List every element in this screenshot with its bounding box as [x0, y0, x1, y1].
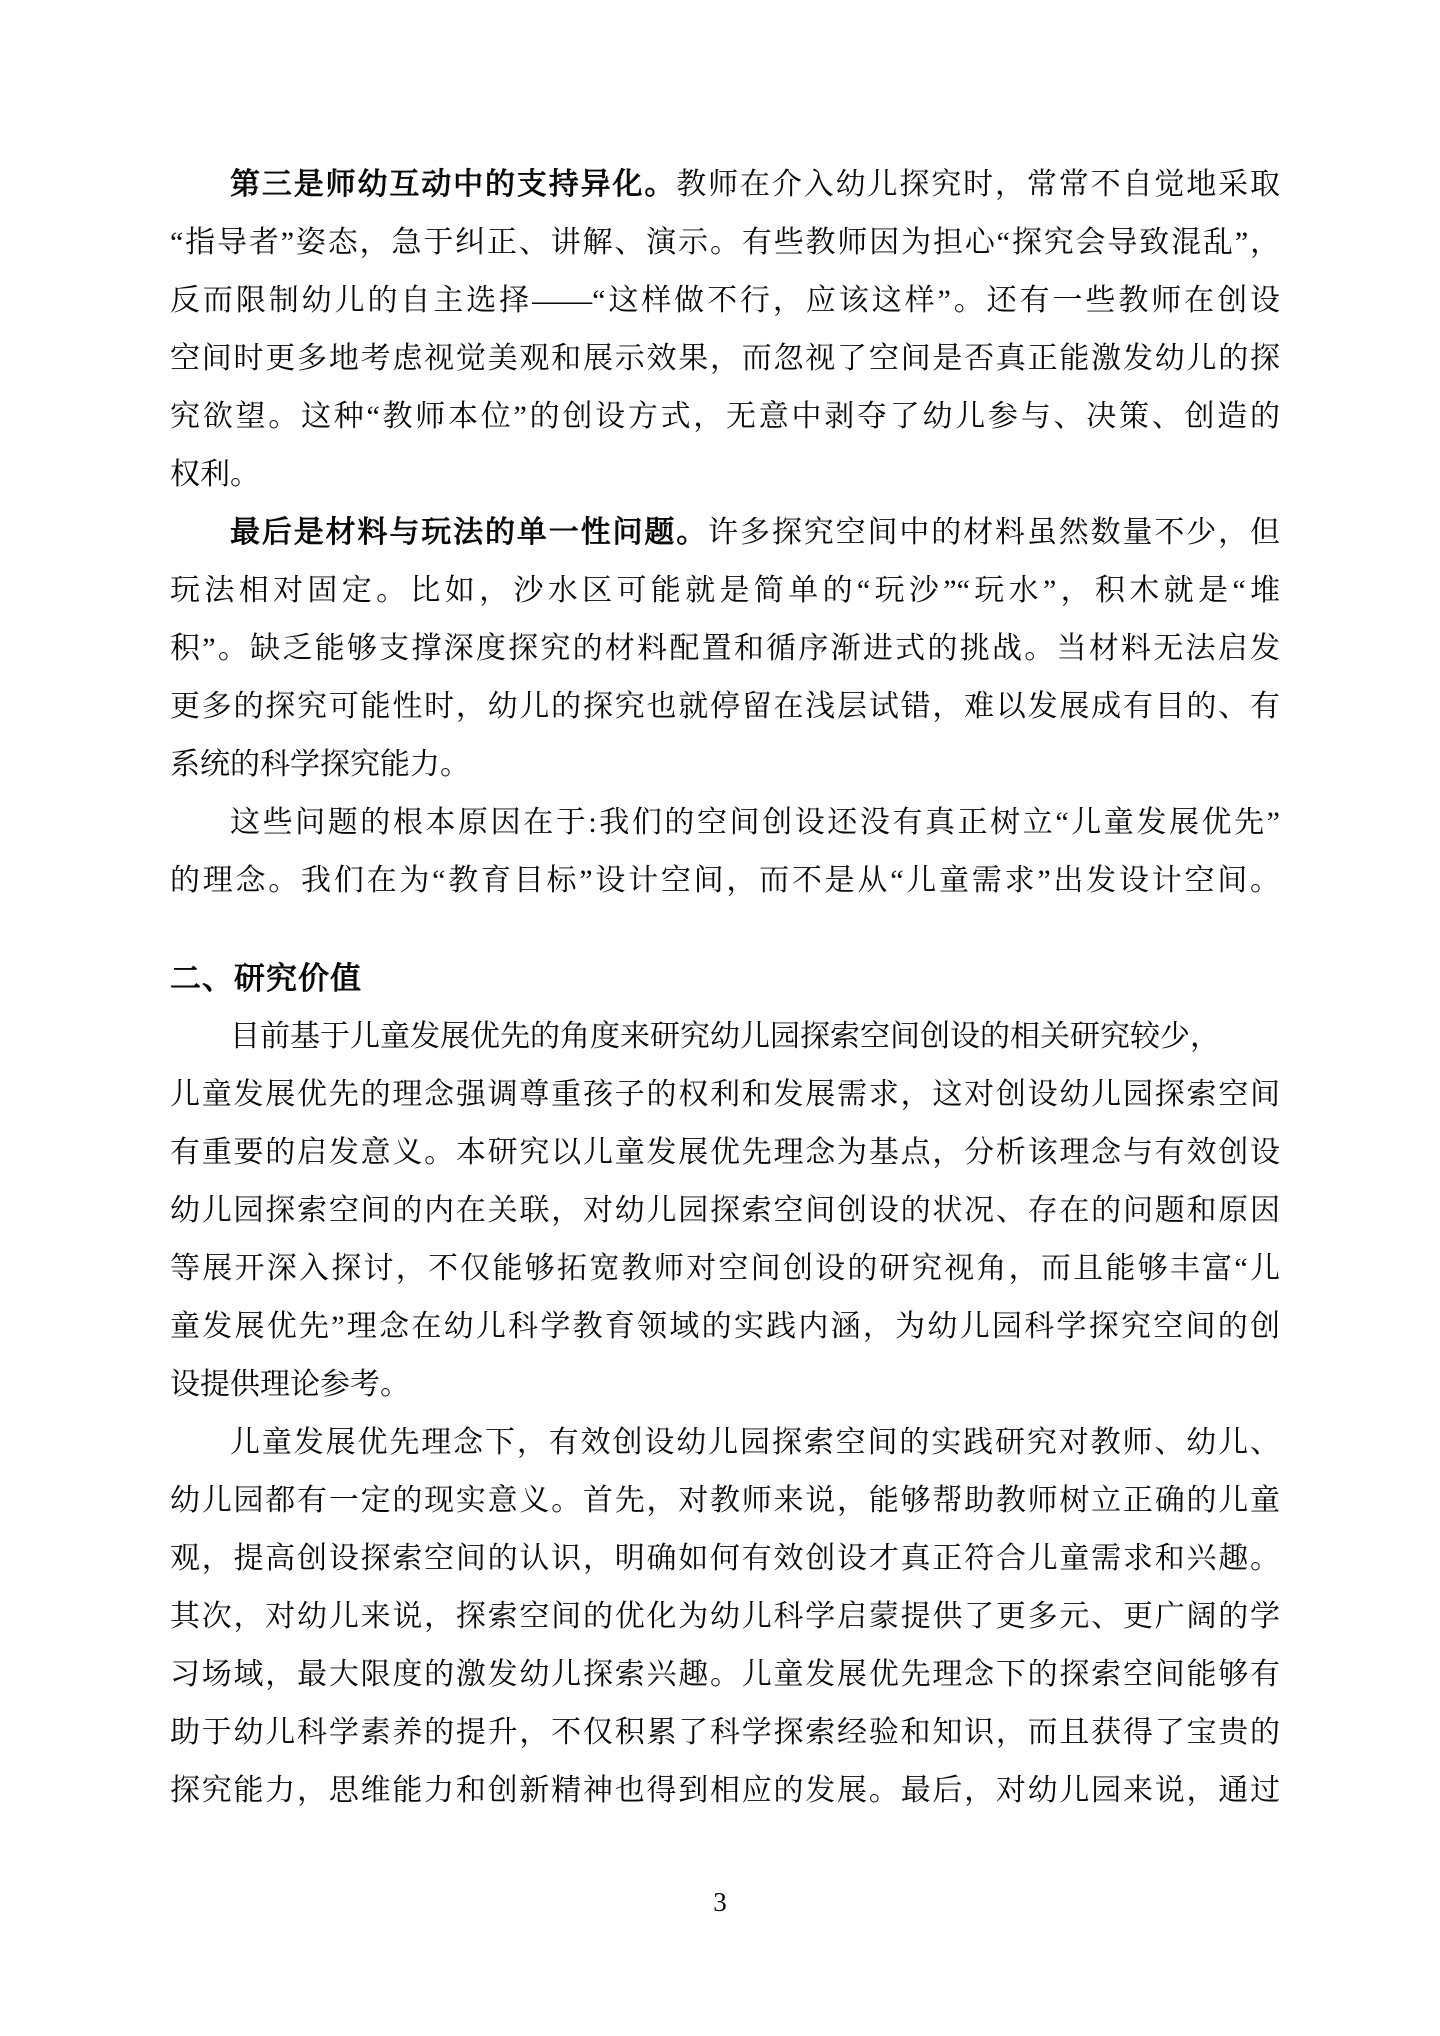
text-run: 观，提高创设探索空间的认识，明确如何有效创设才真正符合儿童需求和兴趣。 — [170, 1542, 1280, 1575]
text-run: 探究能力，思维能力和创新精神也得到相应的发展。最后，对幼儿园来说，通过 — [170, 1774, 1280, 1807]
text-run: 有重要的启发意义。本研究以儿童发展优先理念为基点，分析该理念与有效创设 — [170, 1136, 1280, 1169]
text-line: “指导者”姿态，急于纠正、讲解、演示。有些教师因为担心“探究会导致混乱”， — [170, 214, 1280, 272]
text-line: 积”。缺乏能够支撑深度探究的材料配置和循序渐进式的挑战。当材料无法启发 — [170, 620, 1280, 678]
paragraph-lead-bold: 最后是材料与玩法的单一性问题。 — [230, 516, 708, 549]
text-line: 观，提高创设探索空间的认识，明确如何有效创设才真正符合儿童需求和兴趣。 — [170, 1530, 1280, 1588]
text-line: 习场域，最大限度的激发幼儿探索兴趣。儿童发展优先理念下的探索空间能够有 — [170, 1646, 1280, 1704]
text-run: 习场域，最大限度的激发幼儿探索兴趣。儿童发展优先理念下的探索空间能够有 — [170, 1658, 1280, 1691]
text-line: 权利。 — [170, 446, 1280, 504]
text-run: 等展开深入探讨，不仅能够拓宽教师对空间创设的研究视角，而且能够丰富“儿 — [170, 1252, 1280, 1285]
text-run: 这些问题的根本原因在于:我们的空间创设还没有真正树立“儿童发展优先” — [230, 806, 1280, 839]
text-line: 等展开深入探讨，不仅能够拓宽教师对空间创设的研究视角，而且能够丰富“儿 — [170, 1240, 1280, 1298]
document-page: 第三是师幼互动中的支持异化。教师在介入幼儿探究时，常常不自觉地采取 “指导者”姿… — [0, 0, 1440, 2036]
text-run: 儿童发展优先的理念强调尊重孩子的权利和发展需求，这对创设幼儿园探索空间 — [170, 1078, 1280, 1111]
text-line: 空间时更多地考虑视觉美观和展示效果，而忽视了空间是否真正能激发幼儿的探 — [170, 330, 1280, 388]
document-body: 第三是师幼互动中的支持异化。教师在介入幼儿探究时，常常不自觉地采取 “指导者”姿… — [170, 156, 1280, 1820]
text-line: 设提供理论参考。 — [170, 1356, 1280, 1414]
text-run: 助于幼儿科学素养的提升，不仅积累了科学探索经验和知识，而且获得了宝贵的 — [170, 1716, 1280, 1749]
text-run: 许多探究空间中的材料虽然数量不少，但 — [708, 516, 1280, 549]
text-line: 儿童发展优先理念下，有效创设幼儿园探索空间的实践研究对教师、幼儿、 — [170, 1414, 1280, 1472]
text-run: 积”。缺乏能够支撑深度探究的材料配置和循序渐进式的挑战。当材料无法启发 — [170, 632, 1280, 665]
page-number: 3 — [0, 1882, 1440, 1922]
text-run: 其次，对幼儿来说，探索空间的优化为幼儿科学启蒙提供了更多元、更广阔的学 — [170, 1600, 1280, 1633]
text-run: 系统的科学探究能力。 — [170, 748, 470, 781]
text-run: 反而限制幼儿的自主选择——“这样做不行，应该这样”。还有一些教师在创设 — [170, 284, 1280, 317]
text-line: 其次，对幼儿来说，探索空间的优化为幼儿科学启蒙提供了更多元、更广阔的学 — [170, 1588, 1280, 1646]
text-line: 助于幼儿科学素养的提升，不仅积累了科学探索经验和知识，而且获得了宝贵的 — [170, 1704, 1280, 1762]
text-line: 的理念。我们在为“教育目标”设计空间，而不是从“儿童需求”出发设计空间。 — [170, 852, 1280, 910]
text-line: 系统的科学探究能力。 — [170, 736, 1280, 794]
text-line: 第三是师幼互动中的支持异化。教师在介入幼儿探究时，常常不自觉地采取 — [170, 156, 1280, 214]
text-run: 究欲望。这种“教师本位”的创设方式，无意中剥夺了幼儿参与、决策、创造的 — [170, 400, 1280, 433]
text-run: 教师在介入幼儿探究时，常常不自觉地采取 — [676, 168, 1280, 201]
text-line: 幼儿园都有一定的现实意义。首先，对教师来说，能够帮助教师树立正确的儿童 — [170, 1472, 1280, 1530]
text-run: 空间时更多地考虑视觉美观和展示效果，而忽视了空间是否真正能激发幼儿的探 — [170, 342, 1280, 375]
text-run: 目前基于儿童发展优先的角度来研究幼儿园探索空间创设的相关研究较少， — [230, 1020, 1220, 1053]
text-line: 儿童发展优先的理念强调尊重孩子的权利和发展需求，这对创设幼儿园探索空间 — [170, 1066, 1280, 1124]
text-run: 幼儿园都有一定的现实意义。首先，对教师来说，能够帮助教师树立正确的儿童 — [170, 1484, 1280, 1517]
text-run: “指导者”姿态，急于纠正、讲解、演示。有些教师因为担心“探究会导致混乱”， — [170, 226, 1280, 259]
text-run: 儿童发展优先理念下，有效创设幼儿园探索空间的实践研究对教师、幼儿、 — [230, 1426, 1280, 1459]
text-run: 更多的探究可能性时，幼儿的探究也就停留在浅层试错，难以发展成有目的、有 — [170, 690, 1280, 723]
text-run: 设提供理论参考。 — [170, 1368, 410, 1401]
text-run: 权利。 — [170, 458, 260, 491]
text-line: 探究能力，思维能力和创新精神也得到相应的发展。最后，对幼儿园来说，通过 — [170, 1762, 1280, 1820]
paragraph-lead-bold: 第三是师幼互动中的支持异化。 — [230, 168, 676, 201]
text-line: 反而限制幼儿的自主选择——“这样做不行，应该这样”。还有一些教师在创设 — [170, 272, 1280, 330]
text-line: 这些问题的根本原因在于:我们的空间创设还没有真正树立“儿童发展优先” — [170, 794, 1280, 852]
text-line: 幼儿园探索空间的内在关联，对幼儿园探索空间创设的状况、存在的问题和原因 — [170, 1182, 1280, 1240]
section-heading: 二、研究价值 — [170, 950, 1280, 1008]
text-run: 童发展优先”理念在幼儿科学教育领域的实践内涵，为幼儿园科学探究空间的创 — [170, 1310, 1280, 1343]
text-line: 最后是材料与玩法的单一性问题。许多探究空间中的材料虽然数量不少，但 — [170, 504, 1280, 562]
text-run: 的理念。我们在为“教育目标”设计空间，而不是从“儿童需求”出发设计空间。 — [170, 864, 1280, 897]
text-line: 更多的探究可能性时，幼儿的探究也就停留在浅层试错，难以发展成有目的、有 — [170, 678, 1280, 736]
text-line: 目前基于儿童发展优先的角度来研究幼儿园探索空间创设的相关研究较少， — [170, 1008, 1280, 1066]
text-run: 幼儿园探索空间的内在关联，对幼儿园探索空间创设的状况、存在的问题和原因 — [170, 1194, 1280, 1227]
text-line: 有重要的启发意义。本研究以儿童发展优先理念为基点，分析该理念与有效创设 — [170, 1124, 1280, 1182]
text-line: 玩法相对固定。比如，沙水区可能就是简单的“玩沙”“玩水”，积木就是“堆 — [170, 562, 1280, 620]
text-line: 童发展优先”理念在幼儿科学教育领域的实践内涵，为幼儿园科学探究空间的创 — [170, 1298, 1280, 1356]
text-line: 究欲望。这种“教师本位”的创设方式，无意中剥夺了幼儿参与、决策、创造的 — [170, 388, 1280, 446]
text-run: 玩法相对固定。比如，沙水区可能就是简单的“玩沙”“玩水”，积木就是“堆 — [170, 574, 1280, 607]
